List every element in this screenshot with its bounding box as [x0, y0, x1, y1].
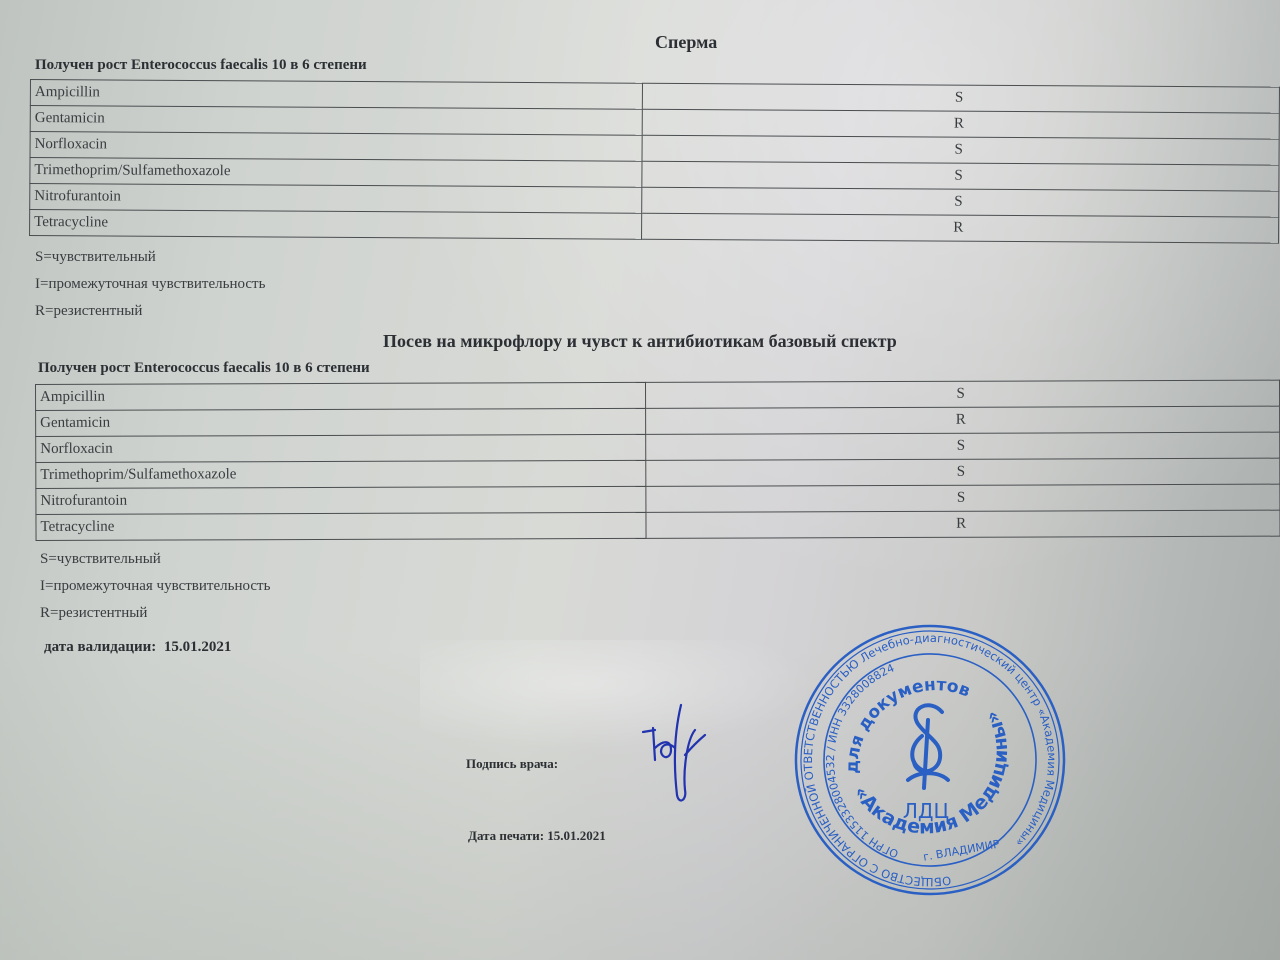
doctor-signature [635, 700, 715, 810]
antibiotic-name: Trimethoprim/Sulfamethoxazole [36, 460, 646, 488]
print-date-label: Дата печати: [468, 828, 544, 843]
antibiotic-table-2: AmpicillinSGentamicinRNorfloxacinSTrimet… [35, 380, 1280, 541]
susceptibility-result: S [643, 83, 1280, 113]
antibiotic-name: Ampicillin [30, 80, 642, 110]
susceptibility-result: R [646, 406, 1280, 434]
antibiotic-table-1: AmpicillinSGentamicinRNorfloxacinSTrimet… [29, 79, 1280, 244]
legend-1: S=чувствительный I=промежуточная чувстви… [35, 244, 265, 325]
legend-i: I=промежуточная чувствительность [35, 271, 265, 298]
validation-value: 15.01.2021 [164, 639, 232, 655]
antibiotic-name: Tetracycline [36, 512, 646, 540]
antibiotic-name: Tetracycline [30, 210, 642, 240]
clinic-stamp: ОБЩЕСТВО С ОГРАНИЧЕННОЙ ОТВЕТСТВЕННОСТЬЮ… [790, 620, 1070, 900]
table-row: TetracyclineR [36, 510, 1280, 540]
antibiotic-name: Gentamicin [36, 408, 646, 436]
growth-result-2: Получен рост Enterococcus faecalis 10 в … [38, 360, 370, 377]
print-date-value: 15.01.2021 [547, 828, 606, 843]
antibiotic-name: Nitrofurantoin [30, 184, 642, 214]
legend-i: I=промежуточная чувствительность [40, 573, 270, 600]
antibiotic-name: Ampicillin [36, 382, 646, 410]
susceptibility-result: S [642, 135, 1279, 165]
section-title-semen: Сперма [655, 32, 717, 53]
susceptibility-result: S [646, 380, 1280, 408]
antibiotic-name: Nitrofurantoin [36, 486, 646, 514]
growth-result-1: Получен рост Enterococcus faecalis 10 в … [35, 57, 367, 74]
susceptibility-result: R [646, 510, 1280, 538]
susceptibility-result: S [642, 161, 1279, 191]
signature-label: Подпись врача: [466, 756, 558, 772]
antibiotic-name: Norfloxacin [30, 132, 642, 162]
svg-text:ЛДЦ: ЛДЦ [903, 799, 949, 823]
susceptibility-result: R [642, 109, 1279, 139]
antibiotic-name: Norfloxacin [36, 434, 646, 462]
validation-label: дата валидации: [44, 639, 156, 655]
legend-2: S=чувствительный I=промежуточная чувстви… [40, 546, 270, 627]
antibiotic-name: Trimethoprim/Sulfamethoxazole [30, 158, 642, 188]
susceptibility-result: S [646, 458, 1280, 486]
antibiotic-name: Gentamicin [30, 106, 642, 136]
susceptibility-result: R [642, 213, 1279, 243]
legend-s: S=чувствительный [35, 244, 265, 271]
legend-r: R=резистентный [40, 600, 270, 627]
validation-date: дата валидации: 15.01.2021 [44, 639, 231, 656]
susceptibility-result: S [646, 432, 1280, 460]
susceptibility-result: S [646, 484, 1280, 512]
lab-report-page: Сперма Получен рост Enterococcus faecali… [0, 0, 1280, 960]
print-date: Дата печати: 15.01.2021 [468, 828, 606, 844]
svg-text:г. ВЛАДИМИР: г. ВЛАДИМИР [922, 837, 1001, 863]
section-title-culture: Посев на микрофлору и чувст к антибиотик… [383, 331, 897, 352]
legend-s: S=чувствительный [40, 546, 270, 573]
legend-r: R=резистентный [35, 298, 265, 325]
susceptibility-result: S [642, 187, 1279, 217]
